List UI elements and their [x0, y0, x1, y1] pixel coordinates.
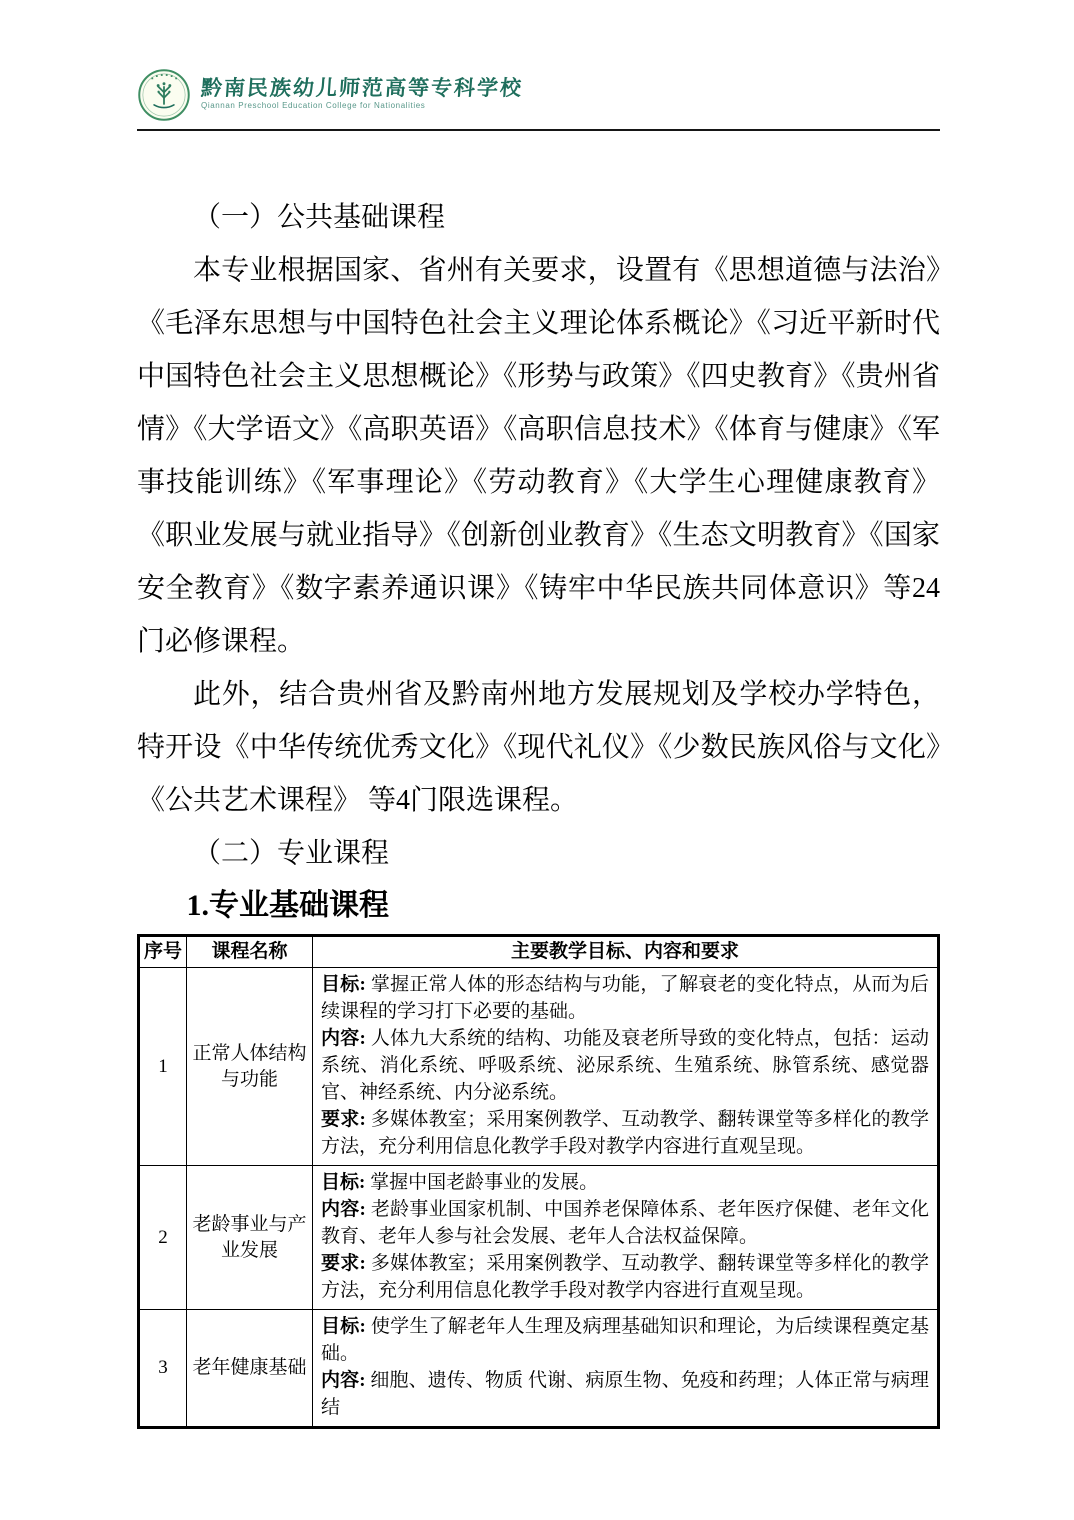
course-details: 目标: 使学生了解老年人生理及病理基础知识和理论，为后续课程奠定基础。 内容: …	[313, 1310, 939, 1428]
section-heading-public-courses: （一）公共基础课程	[137, 191, 940, 244]
page-header: 黔南民族幼儿师范高等专科学校 Qiannan Preschool Educati…	[137, 0, 940, 131]
col-header-objectives: 主要教学目标、内容和要求	[313, 936, 939, 968]
paragraph-required-courses: 本专业根据国家、省州有关要求，设置有《思想道德与法治》《毛泽东思想与中国特色社会…	[137, 244, 940, 668]
section-heading-major-courses: （二）专业课程	[137, 827, 940, 880]
course-table: 序号 课程名称 主要教学目标、内容和要求 1 正常人体结构与功能 目标: 掌握正…	[137, 934, 940, 1429]
course-details: 目标: 掌握中国老龄事业的发展。 内容: 老龄事业国家机制、中国养老保障体系、老…	[313, 1166, 939, 1310]
row-number: 1	[139, 968, 187, 1166]
detail-goal: 目标: 掌握中国老龄事业的发展。	[321, 1169, 929, 1196]
school-name-zh: 黔南民族幼儿师范高等专科学校	[200, 76, 524, 100]
detail-goal: 目标: 使学生了解老年人生理及病理基础知识和理论，为后续课程奠定基础。	[321, 1313, 929, 1367]
table-row: 3 老年健康基础 目标: 使学生了解老年人生理及病理基础知识和理论，为后续课程奠…	[139, 1310, 939, 1428]
course-name: 老年健康基础	[187, 1310, 313, 1428]
row-number: 3	[139, 1310, 187, 1428]
table-row: 1 正常人体结构与功能 目标: 掌握正常人体的形态结构与功能，了解衰老的变化特点…	[139, 968, 939, 1166]
col-header-number: 序号	[139, 936, 187, 968]
subsection-heading-basic-courses: 1.专业基础课程	[137, 882, 940, 930]
course-name: 正常人体结构与功能	[187, 968, 313, 1166]
course-details: 目标: 掌握正常人体的形态结构与功能，了解衰老的变化特点，从而为后续课程的学习打…	[313, 968, 939, 1166]
detail-goal: 目标: 掌握正常人体的形态结构与功能，了解衰老的变化特点，从而为后续课程的学习打…	[321, 971, 929, 1025]
school-seal-icon	[137, 68, 191, 122]
detail-content: 内容: 人体九大系统的结构、功能及衰老所导致的变化特点，包括：运动系统、消化系统…	[321, 1025, 929, 1106]
paragraph-elective-courses: 此外，结合贵州省及黔南州地方发展规划及学校办学特色，特开设《中华传统优秀文化》《…	[137, 668, 940, 827]
detail-requirement: 要求: 多媒体教室；采用案例教学、互动教学、翻转课堂等多样化的教学方法，充分利用…	[321, 1250, 929, 1304]
document-page: 黔南民族幼儿师范高等专科学校 Qiannan Preschool Educati…	[0, 0, 1074, 1520]
school-name-en: Qiannan Preschool Education College for …	[201, 100, 523, 112]
table-row: 2 老龄事业与产业发展 目标: 掌握中国老龄事业的发展。 内容: 老龄事业国家机…	[139, 1166, 939, 1310]
table-header-row: 序号 课程名称 主要教学目标、内容和要求	[139, 936, 939, 968]
school-logo: 黔南民族幼儿师范高等专科学校 Qiannan Preschool Educati…	[137, 68, 940, 125]
row-number: 2	[139, 1166, 187, 1310]
col-header-course-name: 课程名称	[187, 936, 313, 968]
course-name: 老龄事业与产业发展	[187, 1166, 313, 1310]
detail-content: 内容: 细胞、遗传、物质 代谢、病原生物、免疫和药理；人体正常与病理结	[321, 1367, 929, 1421]
header-divider	[137, 129, 940, 131]
detail-requirement: 要求: 多媒体教室；采用案例教学、互动教学、翻转课堂等多样化的教学方法，充分利用…	[321, 1106, 929, 1160]
school-logo-text: 黔南民族幼儿师范高等专科学校 Qiannan Preschool Educati…	[201, 68, 523, 112]
detail-content: 内容: 老龄事业国家机制、中国养老保障体系、老年医疗保健、老年文化教育、老年人参…	[321, 1196, 929, 1250]
document-body: （一）公共基础课程 本专业根据国家、省州有关要求，设置有《思想道德与法治》《毛泽…	[137, 191, 940, 1429]
